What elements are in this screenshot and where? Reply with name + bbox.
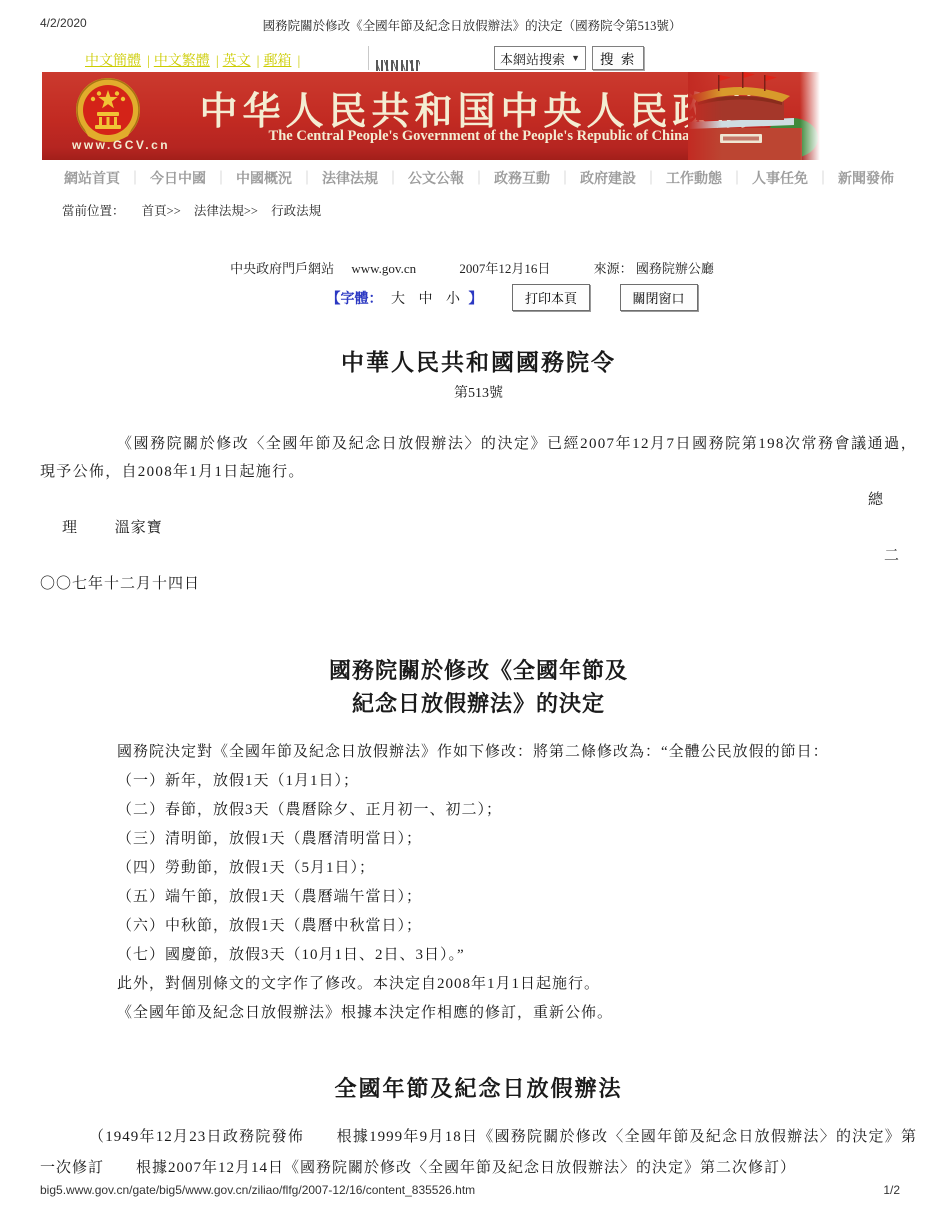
nav-separator: ｜	[386, 172, 400, 187]
nav-item-home[interactable]: 網站首頁	[64, 172, 120, 187]
print-page-number: 1/2	[883, 1183, 900, 1197]
signature-line: 〇〇七年十二月十四日	[40, 570, 917, 598]
nav-separator: ｜	[730, 172, 744, 187]
nav-item-work-trends[interactable]: 工作動態	[666, 172, 722, 187]
lang-link-english[interactable]: 英文	[223, 54, 251, 69]
close-window-button[interactable]: 關閉窗口	[620, 284, 698, 311]
nav-separator: ｜	[644, 172, 658, 187]
print-preview-page: 4/2/2020 國務院關於修改《全國年節及紀念日放假辦法》的決定（國務院令第5…	[0, 0, 944, 1221]
nav-item-gazette[interactable]: 公文公報	[408, 172, 464, 187]
decision-section: 國務院決定對《全國年節及紀念日放假辦法》作如下修改：將第二條修改為：“全體公民放…	[40, 738, 917, 1028]
nav-separator: ｜	[214, 172, 228, 187]
nav-item-today-china[interactable]: 今日中國	[150, 172, 206, 187]
holiday-item-4: （四）勞動節，放假1天（5月1日）；	[40, 854, 917, 883]
nav-item-gov-building[interactable]: 政府建設	[580, 172, 636, 187]
signature-line: 總	[40, 486, 917, 514]
government-banner: www.GCV.cn 中华人民共和国中央人民政府 The Central Peo…	[42, 72, 820, 160]
meta-source-value: 國務院辦公廳	[636, 261, 714, 276]
font-size-label-close: 】	[468, 292, 482, 307]
clipped-text-fragment	[376, 60, 420, 71]
decree-number: 第513號	[40, 382, 917, 402]
link-separator: |	[147, 54, 150, 69]
breadcrumb-home[interactable]: 首頁>>	[142, 204, 181, 218]
breadcrumb-label: 當前位置：	[62, 204, 125, 218]
signature-line: 理 溫家寶	[40, 514, 917, 542]
search-scope-label: 本網站搜索	[500, 49, 565, 68]
holiday-item-1: （一）新年，放假1天（1月1日）；	[40, 767, 917, 796]
decision-title-line1: 國務院關於修改《全國年節及	[40, 654, 917, 687]
article-meta: 中央政府門戶網站 www.gov.cn 2007年12月16日 來源： 國務院辦…	[0, 258, 944, 277]
link-separator: |	[216, 54, 219, 69]
meta-publish-date: 2007年12月16日	[459, 261, 550, 276]
main-navigation: 網站首頁｜今日中國｜中國概況｜法律法規｜公文公報｜政務互動｜政府建設｜工作動態｜…	[58, 168, 838, 188]
mailbox-link[interactable]: 郵箱	[263, 54, 291, 69]
decision-additional-note: 此外，對個別條文的文字作了修改。本決定自2008年1月1日起施行。	[40, 970, 917, 999]
link-separator: |	[297, 54, 300, 69]
nav-separator: ｜	[816, 172, 830, 187]
link-separator: |	[257, 54, 260, 69]
chevron-down-icon: ▼	[571, 53, 580, 63]
breadcrumb-admin-regulations[interactable]: 行政法規	[271, 204, 321, 218]
nav-separator: ｜	[558, 172, 572, 187]
vertical-divider	[368, 46, 369, 70]
measures-history-paragraph: （1949年12月23日政務院發佈 根據1999年9月18日《國務院關於修改〈全…	[40, 1122, 917, 1184]
decision-title-line2: 紀念日放假辦法》的決定	[40, 687, 917, 720]
decision-republish-note: 《全國年節及紀念日放假辦法》根據本決定作相應的修訂，重新公佈。	[40, 999, 917, 1028]
holiday-item-7: （七）國慶節，放假3天（10月1日、2日、3日）。”	[40, 941, 917, 970]
meta-source-label: 來源：	[594, 261, 633, 276]
font-size-medium[interactable]: 中	[418, 292, 432, 307]
print-page-button[interactable]: 打印本頁	[512, 284, 590, 311]
nav-item-china-profile[interactable]: 中國概況	[236, 172, 292, 187]
search-scope-select[interactable]: 本網站搜索 ▼	[494, 46, 586, 70]
holiday-item-3: （三）清明節，放假1天（農曆清明當日）；	[40, 825, 917, 854]
decision-intro: 國務院決定對《全國年節及紀念日放假辦法》作如下修改：將第二條修改為：“全體公民放…	[40, 738, 917, 767]
print-source-url: big5.www.gov.cn/gate/big5/www.gov.cn/zil…	[40, 1183, 475, 1197]
meta-site-name: 中央政府門戶網站	[230, 261, 334, 276]
font-size-large[interactable]: 大	[391, 292, 405, 307]
nav-item-press-release[interactable]: 新聞發佈	[838, 172, 894, 187]
holiday-item-5: （五）端午節，放假1天（農曆端午當日）；	[40, 883, 917, 912]
decision-title: 國務院關於修改《全國年節及 紀念日放假辦法》的決定	[40, 654, 917, 720]
font-size-small[interactable]: 小	[446, 292, 460, 307]
print-document-title: 國務院關於修改《全國年節及紀念日放假辦法》的決定（國務院令第513號）	[0, 16, 944, 34]
decree-title: 中華人民共和國國務院令	[40, 344, 917, 377]
article-toolbar: 【字體： 大 中 小 】 打印本頁 關閉窗口	[40, 284, 944, 311]
holiday-item-2: （二）春節，放假3天（農曆除夕、正月初一、初二）；	[40, 796, 917, 825]
nav-separator: ｜	[300, 172, 314, 187]
nav-item-interaction[interactable]: 政務互動	[494, 172, 550, 187]
nav-item-laws[interactable]: 法律法規	[322, 172, 378, 187]
nav-separator: ｜	[128, 172, 142, 187]
banner-site-url: www.GCV.cn	[72, 138, 170, 152]
decree-paragraph: 《國務院關於修改〈全國年節及紀念日放假辦法〉的決定》已經2007年12月7日國務…	[40, 430, 917, 486]
tiananmen-image	[688, 72, 820, 160]
nav-separator: ｜	[472, 172, 486, 187]
nav-item-appointments[interactable]: 人事任免	[752, 172, 808, 187]
measures-title: 全國年節及紀念日放假辦法	[40, 1072, 917, 1103]
document-body: 中華人民共和國國務院令 第513號 《國務院關於修改〈全國年節及紀念日放假辦法〉…	[40, 330, 917, 1184]
breadcrumb: 當前位置： 首頁>> 法律法規>> 行政法規	[62, 201, 331, 219]
font-size-label-open: 【字體：	[326, 292, 382, 307]
signature-line: 二	[40, 542, 917, 570]
lang-link-simplified[interactable]: 中文簡體	[85, 54, 141, 69]
language-links: 中文簡體|中文繁體|英文|郵箱|	[85, 50, 304, 70]
holiday-item-6: （六）中秋節，放假1天（農曆中秋當日）；	[40, 912, 917, 941]
lang-link-traditional[interactable]: 中文繁體	[154, 54, 210, 69]
search-button[interactable]: 搜 索	[592, 46, 644, 70]
breadcrumb-laws[interactable]: 法律法規>>	[194, 204, 258, 218]
meta-site-url: www.gov.cn	[351, 261, 416, 276]
